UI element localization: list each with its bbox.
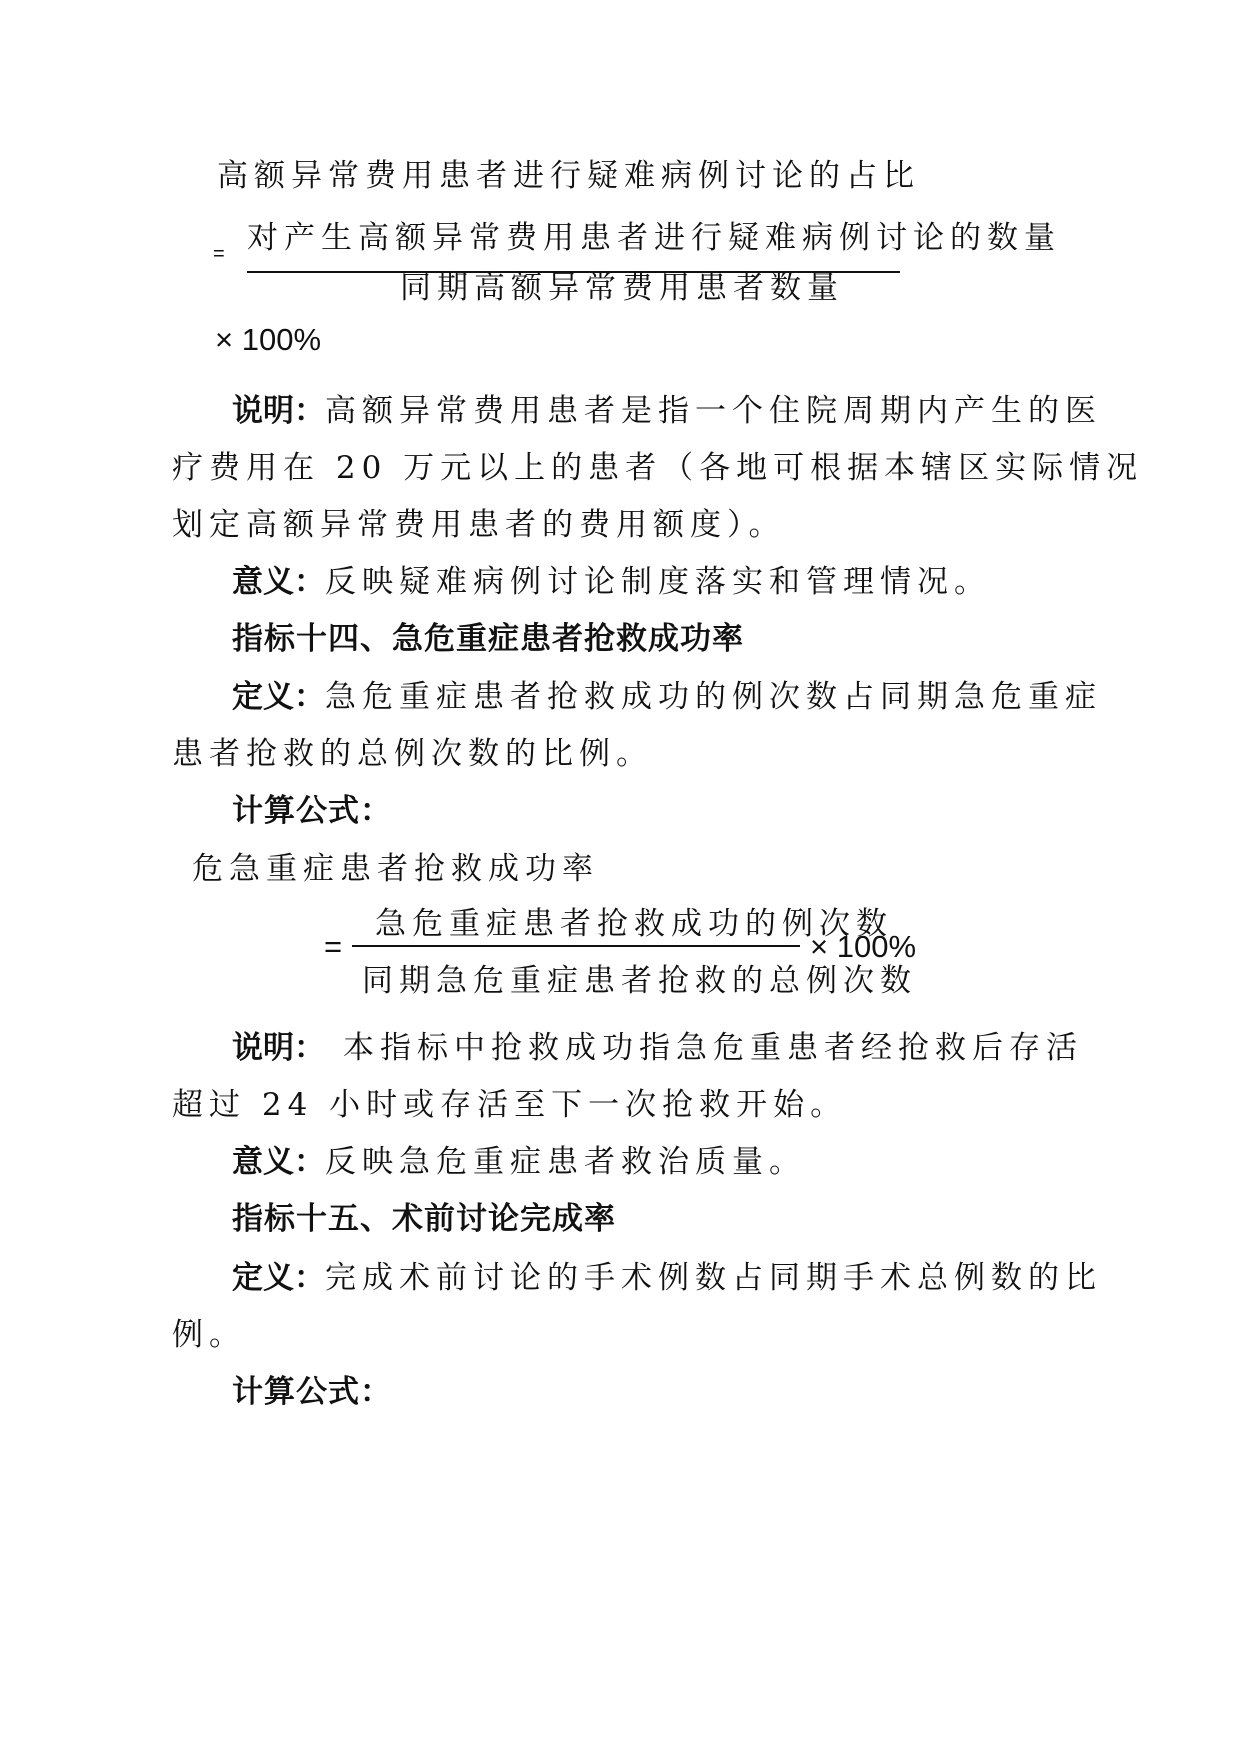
formula-heading: 计算公式： — [232, 1366, 392, 1411]
definition-line: 患者抢救的总例次数的比例。 — [172, 728, 653, 773]
fraction-line — [352, 945, 800, 947]
formula-denominator: 同期急危重症患者抢救的总例次数 — [362, 955, 917, 1000]
formula-multiplier: × 100% — [215, 322, 321, 358]
definition-label: 定义： — [232, 679, 325, 715]
section-heading: 指标十五、术前讨论完成率 — [232, 1193, 616, 1238]
meaning-paragraph: 意义：反映急危重症患者救治质量。 — [232, 1136, 806, 1181]
definition-line: 例。 — [172, 1309, 246, 1354]
note-label: 说明： — [232, 1030, 325, 1066]
formula-label: 危急重症患者抢救成功率 — [192, 843, 599, 888]
formula-numerator: 对产生高额异常费用患者进行疑难病例讨论的数量 — [247, 212, 1061, 257]
equals-sign: = — [213, 243, 225, 266]
formula-heading: 计算公式： — [232, 785, 392, 830]
meaning-label: 意义： — [232, 564, 325, 600]
note-line: 疗费用在 20 万元以上的患者（各地可根据本辖区实际情况 — [172, 442, 1143, 487]
note-line: 划定高额异常费用患者的费用额度）。 — [172, 499, 786, 544]
note-label: 说明： — [232, 393, 325, 429]
note-paragraph: 说明：高额异常费用患者是指一个住院周期内产生的医 — [232, 385, 1102, 430]
definition-label: 定义： — [232, 1260, 325, 1296]
meaning-label: 意义： — [232, 1144, 325, 1180]
equals-sign: = — [324, 929, 342, 965]
section-heading: 指标十四、急危重症患者抢救成功率 — [232, 613, 744, 658]
definition-paragraph: 定义：完成术前讨论的手术例数占同期手术总例数的比 — [232, 1252, 1102, 1297]
formula-label: 高额异常费用患者进行疑难病例讨论的占比 — [217, 150, 920, 195]
note-paragraph: 说明：本指标中抢救成功指急危重患者经抢救后存活 — [232, 1022, 1083, 1067]
definition-paragraph: 定义：急危重症患者抢救成功的例次数占同期急危重症 — [232, 671, 1102, 716]
note-line: 超过 24 小时或存活至下一次抢救开始。 — [172, 1079, 847, 1124]
meaning-paragraph: 意义：反映疑难病例讨论制度落实和管理情况。 — [232, 556, 991, 601]
formula-denominator: 同期高额异常费用患者数量 — [400, 262, 844, 307]
